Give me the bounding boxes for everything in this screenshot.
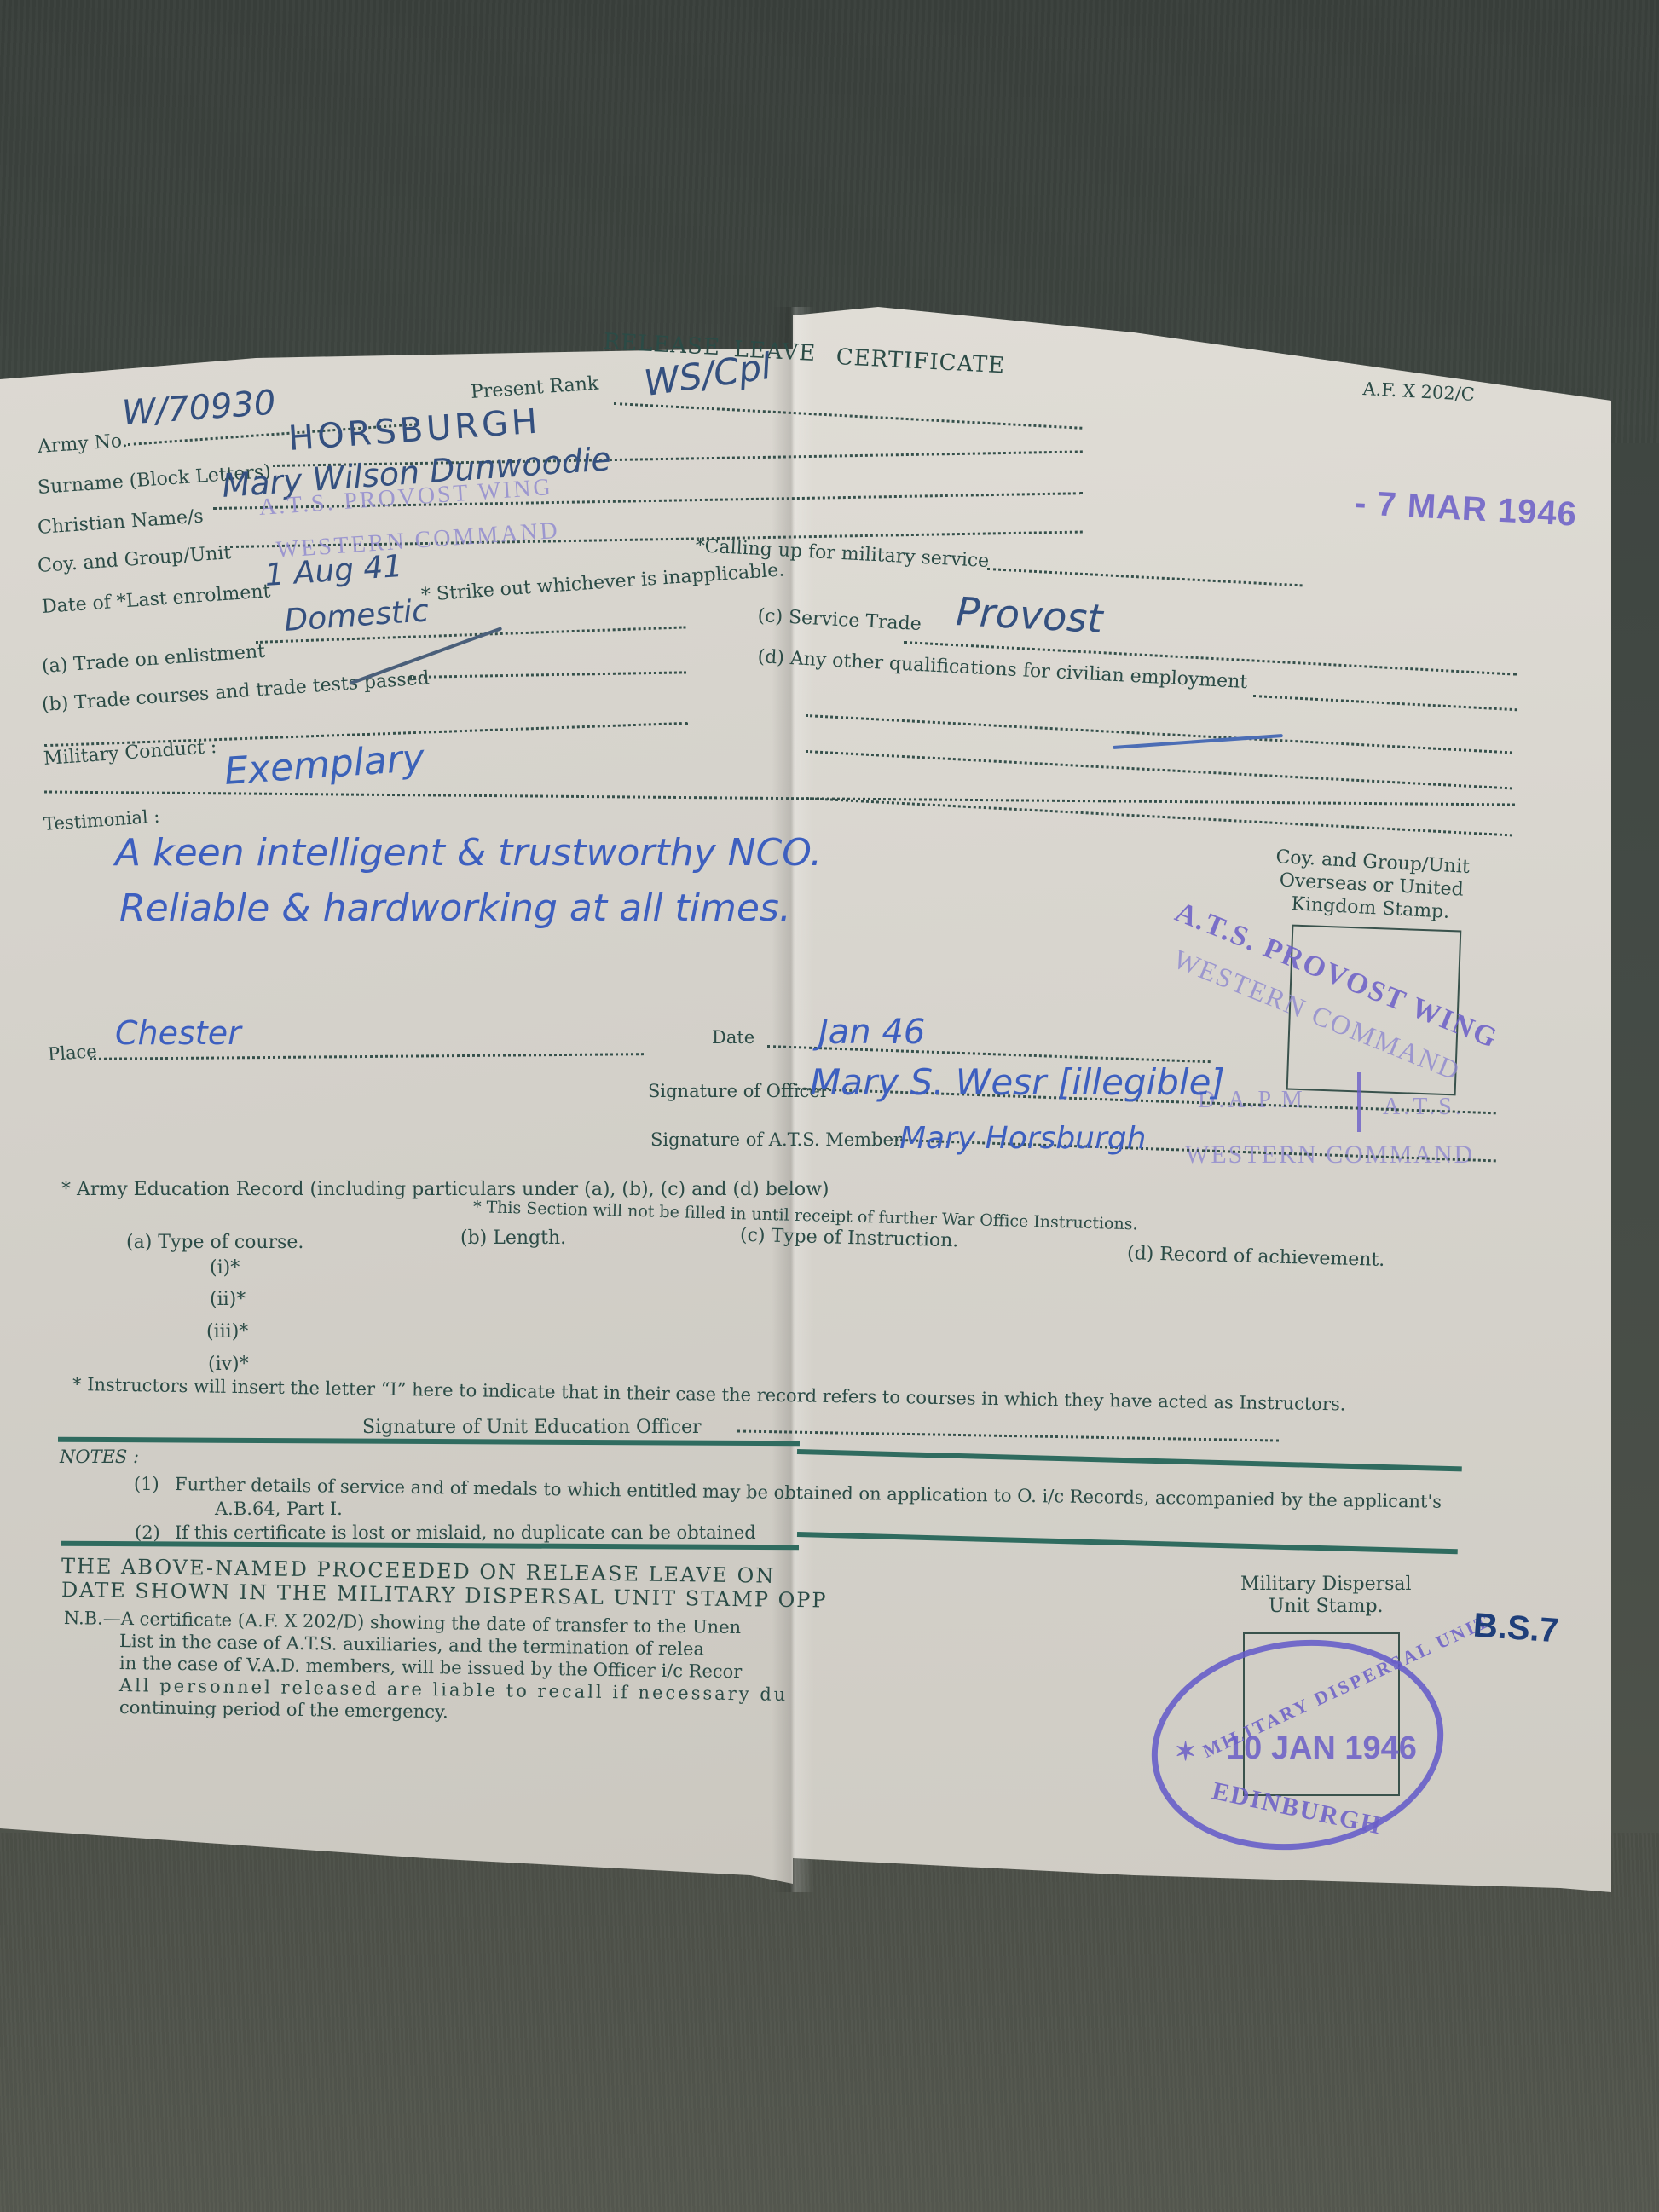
education-row-i: (i)* xyxy=(210,1257,240,1279)
testimonial-line2[interactable]: Reliable & hardworking at all times. xyxy=(119,887,791,930)
education-header: * Army Education Record (including parti… xyxy=(61,1179,829,1200)
note-1-number: (1) xyxy=(134,1473,159,1496)
notes-heading: NOTES : xyxy=(60,1447,139,1467)
unit-stamp-divider xyxy=(1357,1072,1361,1132)
bs7-code-stamp: B.S.7 xyxy=(1472,1607,1560,1651)
unit-stamp-caption: Coy. and Group/Unit Overseas or United K… xyxy=(1273,846,1470,925)
officer-signature-value[interactable]: Mary S. Wesr [illegible] xyxy=(810,1061,1225,1103)
education-col-b: (b) Length. xyxy=(460,1227,566,1249)
dispersal-caption: Military Dispersal Unit Stamp. xyxy=(1240,1574,1412,1618)
note-2-text: If this certificate is lost or mislaid, … xyxy=(175,1522,756,1545)
education-officer-signature-label: Signature of Unit Education Officer xyxy=(362,1417,702,1438)
place-label: Place xyxy=(47,1041,97,1065)
date-label: Date xyxy=(712,1027,754,1048)
nb-line-5: continuing period of the emergency. xyxy=(119,1696,448,1724)
member-signature-label: Signature of A.T.S. Member xyxy=(650,1129,902,1150)
dispersal-caption-line2: Unit Stamp. xyxy=(1240,1596,1412,1618)
member-signature-value[interactable]: Mary Horsburgh xyxy=(899,1121,1146,1156)
dispersal-caption-line1: Military Dispersal xyxy=(1240,1574,1412,1596)
officer-signature-label: Signature of Officer xyxy=(648,1081,829,1101)
testimonial-line1[interactable]: A keen intelligent & trustworthy NCO. xyxy=(115,831,822,875)
dispersal-star-icon: ✶ xyxy=(1175,1737,1196,1767)
trade-c-value[interactable]: Provost xyxy=(955,588,1104,642)
note-1-cont: A.B.64, Part I. xyxy=(215,1498,343,1521)
education-row-iv: (iv)* xyxy=(208,1354,249,1375)
education-row-ii: (ii)* xyxy=(210,1289,246,1310)
education-col-a: (a) Type of course. xyxy=(126,1232,303,1253)
dispersal-stamp-date: 10 JAN 1946 xyxy=(1226,1730,1417,1767)
fabric-background-bottom xyxy=(0,1833,1659,2212)
unit-stamp-ats: A.T.S. xyxy=(1383,1094,1465,1121)
place-value[interactable]: Chester xyxy=(115,1014,241,1052)
education-row-iii: (iii)* xyxy=(206,1321,248,1343)
date-value[interactable]: Jan 46 xyxy=(818,1013,925,1052)
